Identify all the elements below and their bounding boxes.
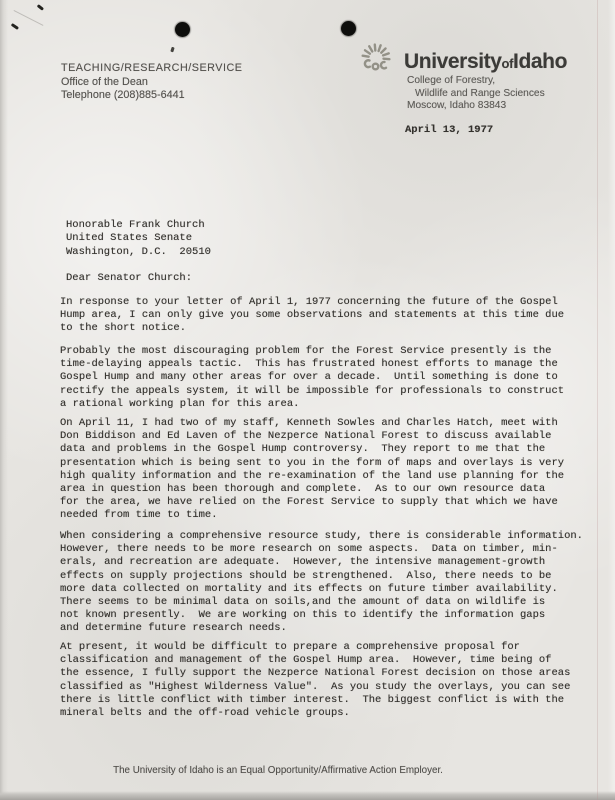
sunburst-logo-icon: [357, 41, 397, 81]
wordmark-of: of: [502, 56, 513, 71]
salutation: Dear Senator Church:: [66, 272, 192, 285]
equal-opportunity-footer: The University of Idaho is an Equal Oppo…: [0, 765, 556, 776]
scan-edge-left: [0, 0, 8, 800]
wordmark-idaho: Idaho: [513, 50, 567, 73]
college-line: Wildlife and Range Sciences: [407, 88, 545, 101]
letterhead-college-block: College of Forestry, Wildlife and Range …: [407, 75, 545, 113]
letterhead-telephone: Telephone (208)885-6441: [61, 89, 243, 103]
college-address: Moscow, Idaho 83843: [407, 100, 545, 113]
letterhead-office: Office of the Dean: [61, 76, 243, 90]
scan-edge-right: [608, 0, 615, 800]
pen-scratch-mark: [14, 10, 44, 26]
ink-speck: [170, 47, 174, 53]
hole-punch-dot: [341, 21, 356, 36]
university-wordmark: UniversityofIdaho: [404, 50, 567, 74]
letter-paragraph: In response to your letter of April 1, 1…: [60, 296, 605, 336]
scanned-letter-page: TEACHING/RESEARCH/SERVICE Office of the …: [0, 0, 615, 800]
pen-mark: [37, 4, 44, 10]
letter-paragraph: When considering a comprehensive resourc…: [60, 530, 605, 636]
letterhead-left-block: TEACHING/RESEARCH/SERVICE Office of the …: [61, 62, 243, 103]
letterhead-motto: TEACHING/RESEARCH/SERVICE: [61, 62, 243, 76]
letter-paragraph: Probably the most discouraging problem f…: [60, 345, 605, 411]
recipient-address-block: Honorable Frank Church United States Sen…: [66, 219, 211, 259]
scan-edge-bottom: [0, 791, 615, 800]
wordmark-university: University: [404, 50, 502, 73]
hole-punch-dot: [175, 22, 190, 37]
pen-mark: [11, 23, 19, 30]
letter-paragraph: At present, it would be difficult to pre…: [60, 641, 605, 720]
college-line: College of Forestry,: [407, 75, 545, 88]
letter-date: April 13, 1977: [405, 124, 493, 137]
letter-paragraph: On April 11, I had two of my staff, Kenn…: [60, 417, 605, 523]
